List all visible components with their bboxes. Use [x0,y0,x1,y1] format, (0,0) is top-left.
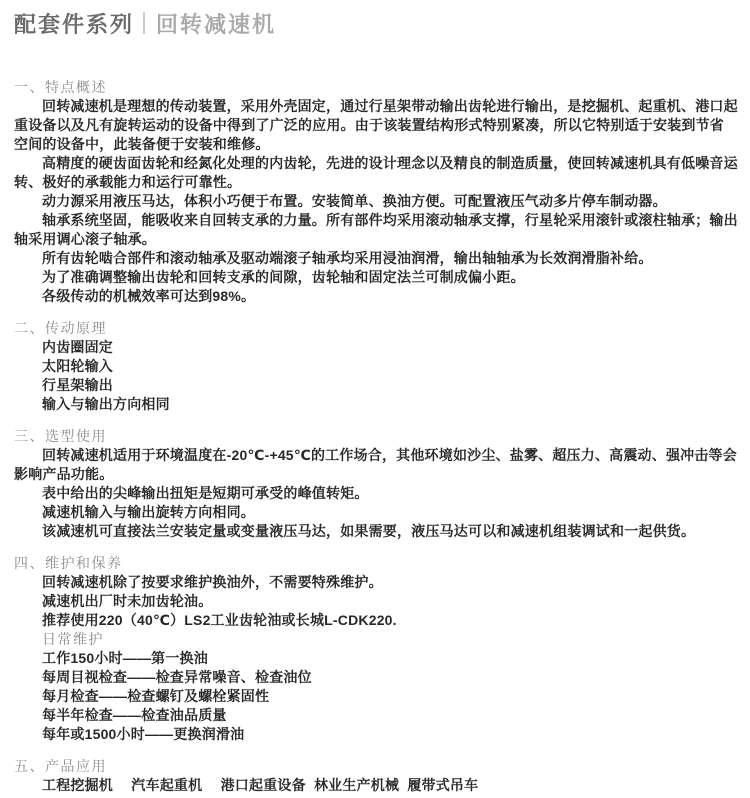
paragraph: 减速机出厂时未加齿轮油。 [14,592,738,611]
paragraph: 表中给出的尖峰输出扭矩是短期可承受的峰值转矩。 [14,484,738,503]
paragraph: 每半年检查——检查油品质量 [14,706,738,725]
paragraph: 推荐使用220（40℃）LS2工业齿轮油或长城L-CDK220. [14,611,738,630]
section-maintenance: 四、维护和保养 回转减速机除了按要求维护换油外，不需要特殊维护。 减速机出厂时未… [14,554,738,744]
applications-list: 工程挖掘机 汽车起重机 港口起重设备 林业生产机械 履带式吊车 [14,776,738,795]
section-features-overview: 一、特点概述 回转减速机是理想的传动装置，采用外壳固定，通过行星架带动输出齿轮进… [14,78,738,306]
paragraph: 为了准确调整输出齿轮和回转支承的间隙，齿轮轴和固定法兰可制成偏小距。 [14,268,738,287]
paragraph: 每年或1500小时——更换润滑油 [14,725,738,744]
paragraph: 每月检查——检查螺钉及螺栓紧固性 [14,687,738,706]
paragraph: 回转减速机除了按要求维护换油外，不需要特殊维护。 [14,573,738,592]
paragraph: 减速机输入与输出旋转方向相同。 [14,503,738,522]
paragraph: 每周目视检查——检查异常噪音、检查油位 [14,668,738,687]
paragraph: 轴承系统坚固，能吸收来自回转支承的力量。所有部件均采用滚动轴承支撑，行星轮采用滚… [14,211,738,249]
section-applications: 五、产品应用 工程挖掘机 汽车起重机 港口起重设备 林业生产机械 履带式吊车 [14,757,738,795]
section-heading: 三、选型使用 [14,427,738,446]
section-heading: 二、传动原理 [14,319,738,338]
document-page: 配套件系列 回转减速机 一、特点概述 回转减速机是理想的传动装置，采用外壳固定，… [0,0,750,798]
header-divider [143,12,145,34]
paragraph: 输入与输出方向相同 [14,395,738,414]
paragraph: 行星架输出 [14,376,738,395]
paragraph: 太阳轮输入 [14,357,738,376]
paragraph: 回转减速机适用于环境温度在-20℃-+45℃的工作场合，其他环境如沙尘、盐雾、超… [14,446,738,484]
section-heading: 四、维护和保养 [14,554,738,573]
paragraph: 所有齿轮啮合部件和滚动轴承及驱动端滚子轴承均采用浸油润滑，输出轴轴承为长效润滑脂… [14,249,738,268]
paragraph: 内齿圈固定 [14,338,738,357]
product-title: 回转减速机 [156,8,276,39]
daily-maintenance-subheading: 日常维护 [14,630,738,649]
section-heading: 五、产品应用 [14,757,738,776]
paragraph: 高精度的硬齿面齿轮和经氮化处理的内齿轮，先进的设计理念以及精良的制造质量，使回转… [14,154,738,192]
paragraph: 回转减速机是理想的传动装置，采用外壳固定，通过行星架带动输出齿轮进行输出，是挖掘… [14,97,738,154]
paragraph: 动力源采用液压马达，体积小巧便于布置。安装简单、换油方便。可配置液压气动多片停车… [14,192,738,211]
paragraph: 该减速机可直接法兰安装定量或变量液压马达，如果需要，液压马达可以和减速机组装调试… [14,522,738,541]
series-title: 配套件系列 [14,8,134,39]
document-body: 一、特点概述 回转减速机是理想的传动装置，采用外壳固定，通过行星架带动输出齿轮进… [14,78,738,795]
section-heading: 一、特点概述 [14,78,738,97]
document-header: 配套件系列 回转减速机 [14,8,738,38]
section-selection-use: 三、选型使用 回转减速机适用于环境温度在-20℃-+45℃的工作场合，其他环境如… [14,427,738,541]
paragraph: 各级传动的机械效率可达到98%。 [14,287,738,306]
section-transmission-principle: 二、传动原理 内齿圈固定 太阳轮输入 行星架输出 输入与输出方向相同 [14,319,738,414]
paragraph: 工作150小时——第一换油 [14,649,738,668]
